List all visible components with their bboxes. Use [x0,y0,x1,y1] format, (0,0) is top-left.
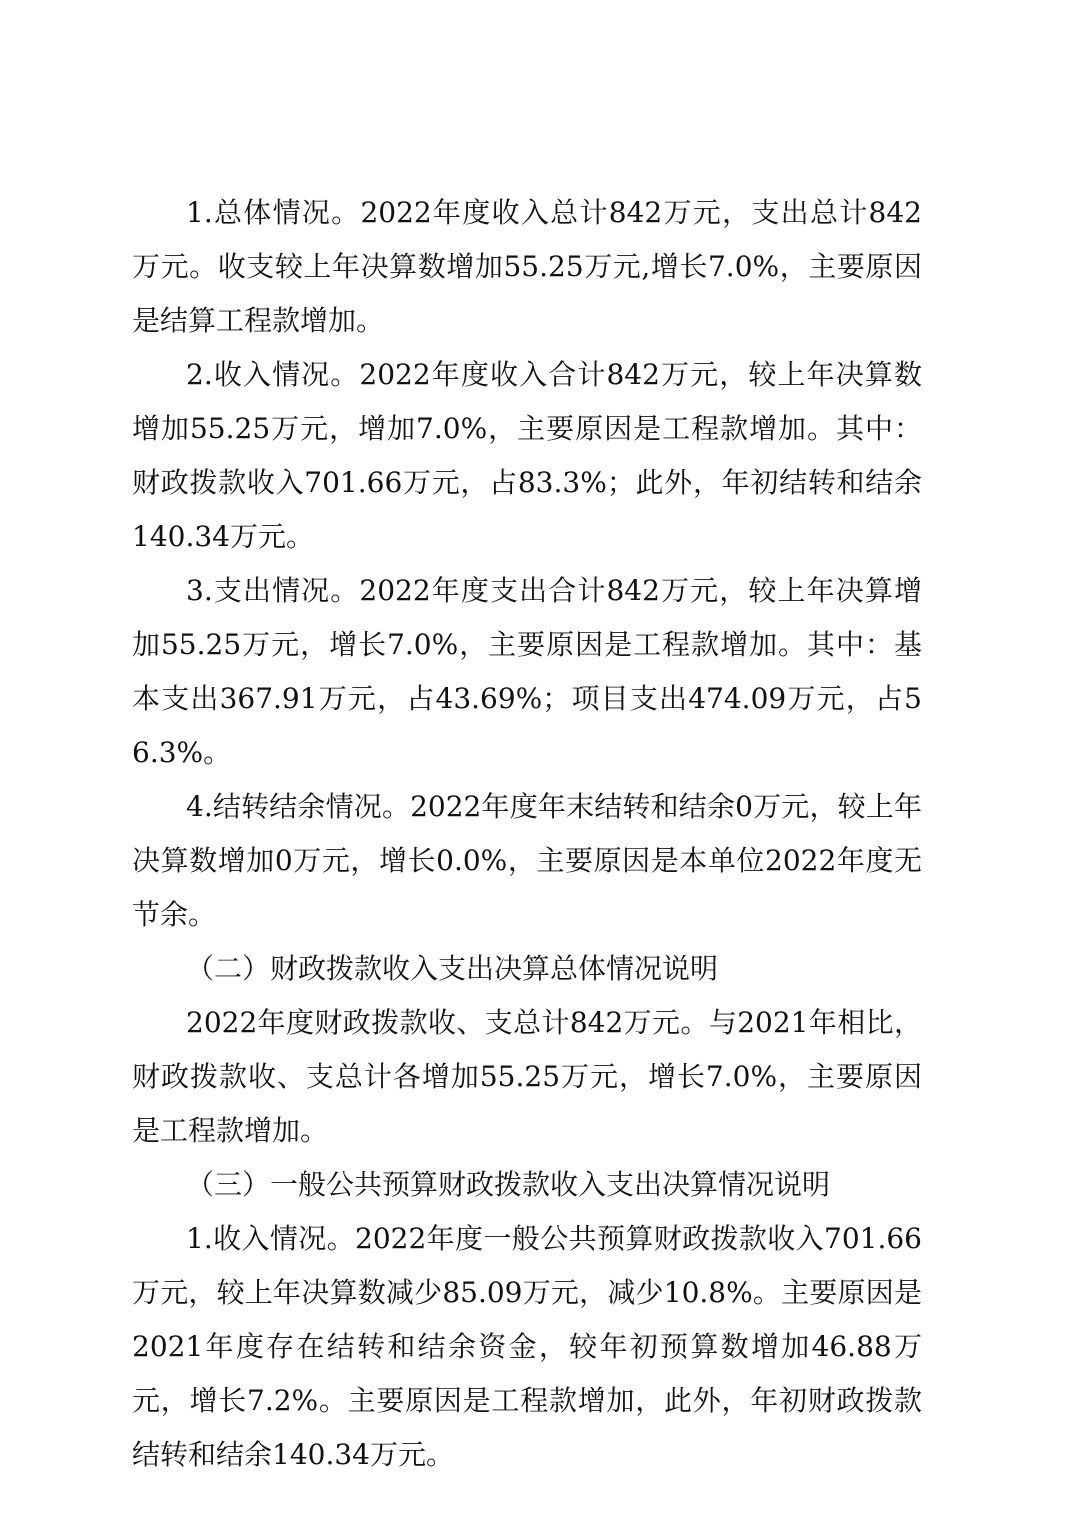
paragraph-income-situation: 2.收入情况。2022年度收入合计842万元，较上年决算数增加55.25万元，增… [132,348,922,564]
section-heading-general-public-budget: （三）一般公共预算财政拨款收入支出决算情况说明 [132,1158,922,1212]
paragraph-general-budget-income: 1.收入情况。2022年度一般公共预算财政拨款收入701.66万元，较上年决算数… [132,1212,922,1482]
paragraph-fiscal-appropriation-summary: 2022年度财政拨款收、支总计842万元。与2021年相比，财政拨款收、支总计各… [132,996,922,1158]
section-heading-fiscal-appropriation: （二）财政拨款收入支出决算总体情况说明 [132,942,922,996]
paragraph-expenditure-situation: 3.支出情况。2022年度支出合计842万元，较上年决算增加55.25万元，增长… [132,564,922,780]
paragraph-carryover-situation: 4.结转结余情况。2022年度年末结转和结余0万元，较上年决算数增加0万元，增长… [132,780,922,942]
document-page: 1.总体情况。2022年度收入总计842万元，支出总计842万元。收支较上年决算… [132,186,922,1482]
paragraph-overall-situation: 1.总体情况。2022年度收入总计842万元，支出总计842万元。收支较上年决算… [132,186,922,348]
